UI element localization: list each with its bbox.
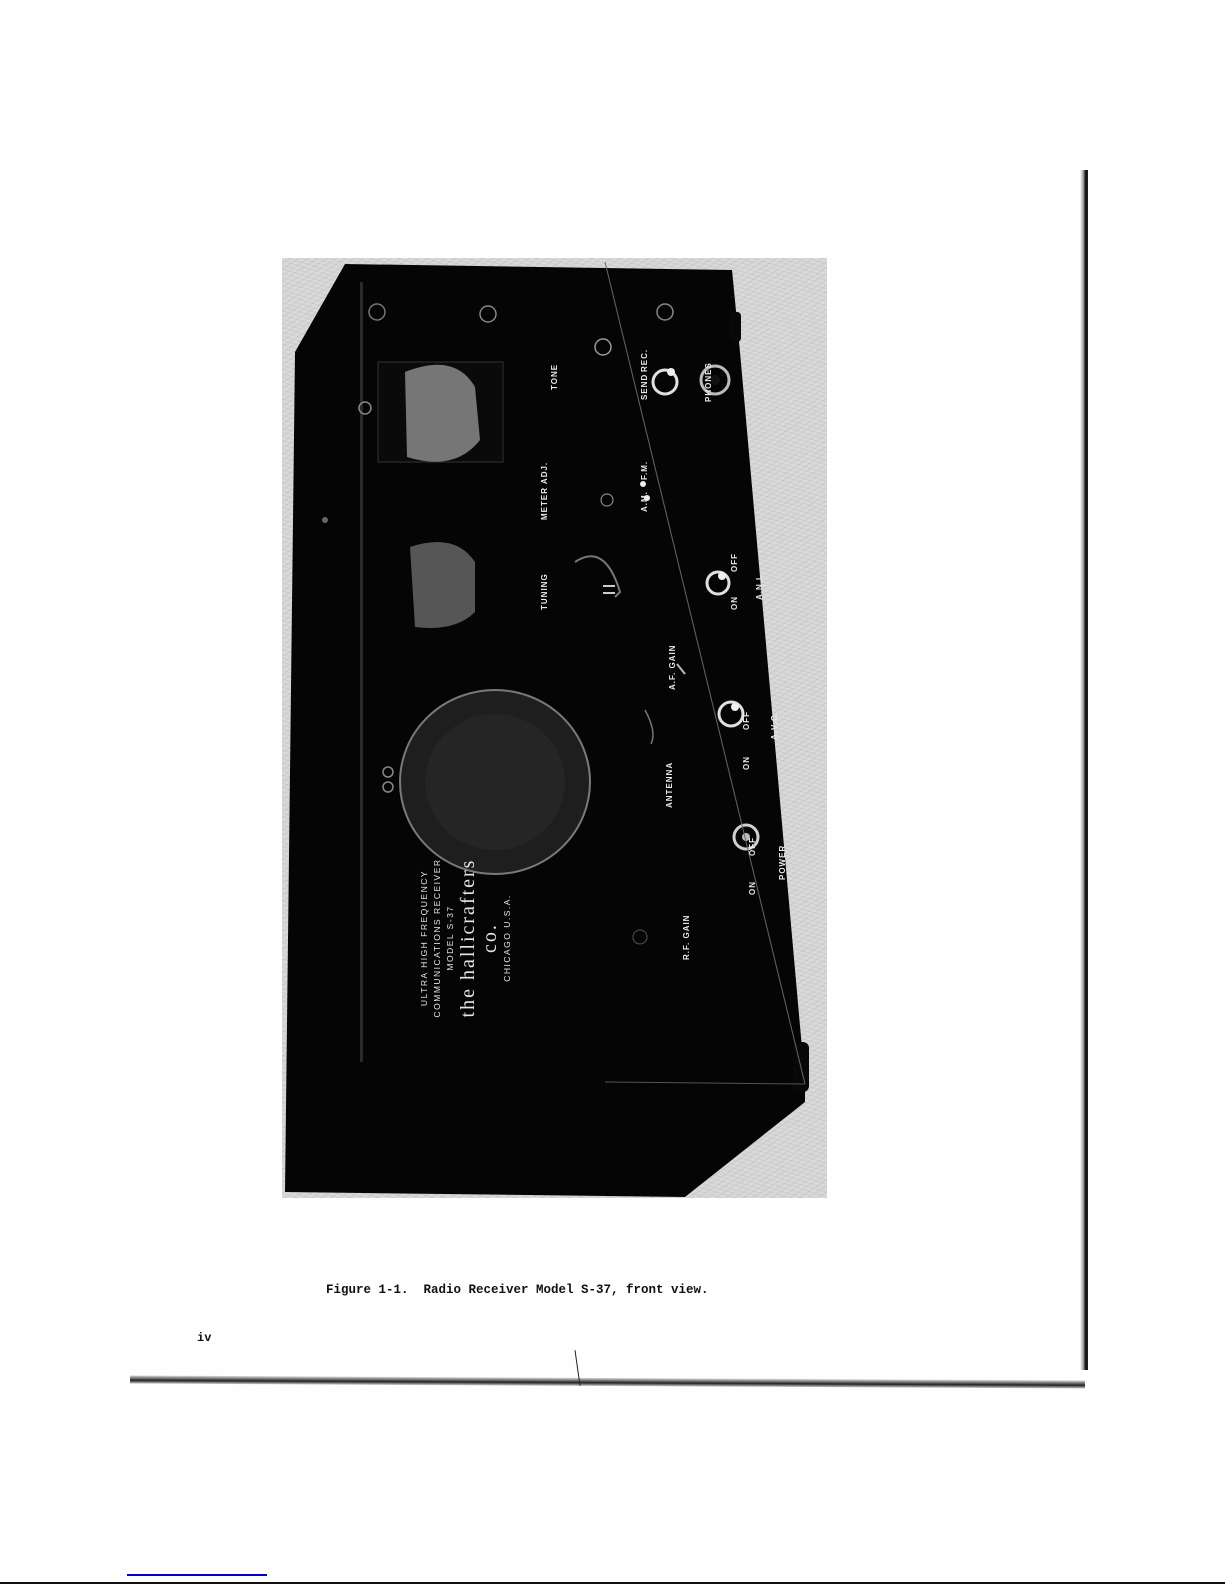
label-avc: A.V.C. bbox=[770, 711, 779, 740]
label-tuning: TUNING bbox=[540, 573, 549, 610]
label-anl-off: OFF bbox=[730, 553, 739, 572]
label-power-on: ON bbox=[748, 881, 757, 895]
nameplate-model: MODEL S-37 bbox=[444, 848, 457, 1028]
nameplate-brand: the hallicrafters co. bbox=[457, 848, 501, 1028]
label-power-off: OFF bbox=[748, 837, 757, 856]
label-tone: TONE bbox=[550, 364, 559, 390]
underline-link[interactable] bbox=[127, 1574, 267, 1576]
receiver-nameplate: ULTRA HIGH FREQUENCY COMMUNICATIONS RECE… bbox=[418, 848, 514, 1028]
scan-edge-right bbox=[1080, 170, 1088, 1370]
figure-caption: Figure 1-1. Radio Receiver Model S-37, f… bbox=[326, 1283, 709, 1297]
label-avc-off: OFF bbox=[742, 711, 751, 730]
page-number: iv bbox=[197, 1331, 211, 1345]
label-af-gain: A.F. GAIN bbox=[668, 645, 677, 690]
label-meter-adj: METER ADJ. bbox=[540, 462, 549, 520]
scanned-page: ULTRA HIGH FREQUENCY COMMUNICATIONS RECE… bbox=[0, 0, 1225, 1585]
label-anl-on: ON bbox=[730, 596, 739, 610]
scan-edge-bottom bbox=[130, 1375, 1085, 1388]
nameplate-line-2: COMMUNICATIONS RECEIVER bbox=[431, 848, 444, 1028]
label-am: A.M. bbox=[640, 491, 649, 512]
bottom-rule bbox=[0, 1582, 1225, 1584]
label-avc-on: ON bbox=[742, 756, 751, 770]
label-power: POWER bbox=[778, 845, 787, 880]
label-fm: F.M. bbox=[640, 461, 649, 480]
nameplate-line-1: ULTRA HIGH FREQUENCY bbox=[418, 848, 431, 1028]
label-send: SEND bbox=[640, 374, 649, 400]
label-antenna: ANTENNA bbox=[665, 762, 674, 808]
label-anl: A.N.L. bbox=[755, 571, 764, 600]
label-phones: PHONES bbox=[704, 362, 713, 402]
label-rec: REC. bbox=[640, 349, 649, 372]
label-rf-gain: R.F. GAIN bbox=[682, 915, 691, 960]
nameplate-location: CHICAGO U.S.A. bbox=[501, 848, 514, 1028]
